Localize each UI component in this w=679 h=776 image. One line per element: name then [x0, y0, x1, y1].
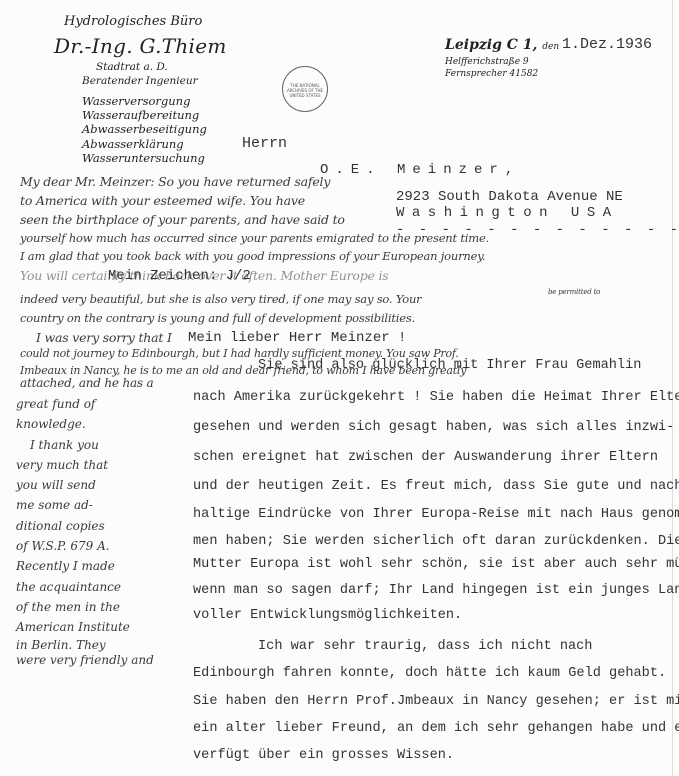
margin-line: the acquaintance [16, 577, 154, 597]
margin-line: you will send [16, 475, 154, 495]
letterhead-office: Hydrologisches Büro [64, 14, 202, 29]
margin-line: Recently I made [16, 556, 154, 576]
handwritten-line: country on the contrary is young and ful… [20, 311, 415, 325]
margin-line: American Institute [16, 617, 154, 637]
body-line: Mutter Europa ist wohl sehr schön, sie i… [193, 557, 679, 572]
page-edge [672, 0, 673, 776]
letterhead-title-2: Beratender Ingenieur [82, 75, 198, 87]
margin-line: of W.S.P. 679 A. [16, 536, 154, 556]
handwritten-line: indeed very beautiful, but she is also v… [20, 292, 421, 306]
margin-line: I thank you [16, 435, 154, 455]
letterhead-street: Helfferichstraße 9 [445, 57, 529, 67]
recipient-salutation: Herrn [242, 135, 287, 152]
margin-line: in Berlin. They [16, 638, 154, 653]
handwritten-line: seen the birthplace of your parents, and… [20, 212, 345, 227]
body-line: nach Amerika zurückgekehrt ! Sie haben d… [193, 390, 679, 405]
body-line: ein alter lieber Freund, an dem ich sehr… [193, 721, 679, 736]
handwritten-line: to America with your esteemed wife. You … [20, 193, 305, 208]
margin-line: were very friendly and [16, 653, 154, 668]
handwritten-margin-note: great fund of knowledge. I thank you ver… [16, 394, 154, 668]
archives-stamp-icon: THE NATIONAL ARCHIVES OF THE UNITED STAT… [282, 66, 328, 112]
margin-line: me some ad- [16, 495, 154, 515]
service-item: Wasserversorgung [82, 94, 207, 108]
margin-line: great fund of [16, 394, 154, 414]
recipient-city: Washington USA [396, 205, 619, 221]
margin-line: ditional copies [16, 516, 154, 536]
service-item: Wasseruntersuchung [82, 151, 207, 165]
handwritten-line: I was very sorry that I [36, 330, 172, 345]
body-line: men haben; Sie werden sicherlich oft dar… [193, 534, 679, 549]
recipient-street: 2923 South Dakota Avenue NE [396, 189, 623, 205]
handwritten-line: yourself how much has occurred since you… [20, 231, 489, 245]
body-line: verfügt über ein grosses Wissen. [193, 748, 454, 763]
handwritten-line: could not journey to Edinbourgh, but I h… [20, 347, 459, 360]
body-line: Sie haben den Herrn Prof.Jmbeaux in Nanc… [193, 694, 679, 709]
service-item: Abwasserbeseitigung [82, 122, 207, 136]
handwritten-insert: be permitted to [548, 288, 600, 296]
service-item: Wasseraufbereitung [82, 108, 207, 122]
city-text: Leipzig C 1, [445, 37, 537, 53]
letter-date: 1.Dez.1936 [562, 36, 652, 53]
letterhead-title-1: Stadtrat a. D. [96, 61, 168, 73]
service-item: Abwasserklärung [82, 137, 207, 151]
margin-line: of the men in the [16, 597, 154, 617]
body-line: Ich war sehr traurig, dass ich nicht nac… [258, 639, 592, 654]
handwritten-line: attached, and he has a [20, 376, 153, 390]
margin-line: very much that [16, 455, 154, 475]
body-line: voller Entwicklungsmöglichkeiten. [193, 608, 462, 623]
body-line: Edinbourgh fahren konnte, doch hätte ich… [193, 666, 666, 681]
den-text: den [542, 42, 559, 52]
greeting: Mein lieber Herr Meinzer ! [188, 330, 406, 346]
letter-page: Hydrologisches Büro Dr.-Ing. G.Thiem Sta… [0, 0, 679, 776]
body-line: und der heutigen Zeit. Es freut mich, da… [193, 479, 679, 494]
body-line: gesehen und werden sich gesagt haben, wa… [193, 420, 674, 435]
handwritten-line: I am glad that you took back with you go… [20, 249, 485, 263]
letterhead-city: Leipzig C 1, den [445, 37, 559, 53]
handwritten-line: My dear Mr. Meinzer: So you have returne… [20, 174, 330, 189]
margin-line: knowledge. [16, 414, 154, 434]
body-line: schen ereignet hat zwischen der Auswande… [193, 450, 658, 465]
handwritten-line: You will certainly think back over it of… [20, 268, 389, 283]
recipient-name: O.E. Meinzer, [320, 162, 520, 178]
letterhead-name: Dr.-Ing. G.Thiem [54, 34, 227, 58]
body-line: haltige Eindrücke von Ihrer Europa-Reise… [193, 507, 679, 522]
letterhead-services: Wasserversorgung Wasseraufbereitung Abwa… [82, 94, 207, 165]
body-line: wenn man so sagen darf; Ihr Land hingege… [193, 583, 679, 598]
letterhead-phone: Fernsprecher 41582 [445, 69, 538, 79]
